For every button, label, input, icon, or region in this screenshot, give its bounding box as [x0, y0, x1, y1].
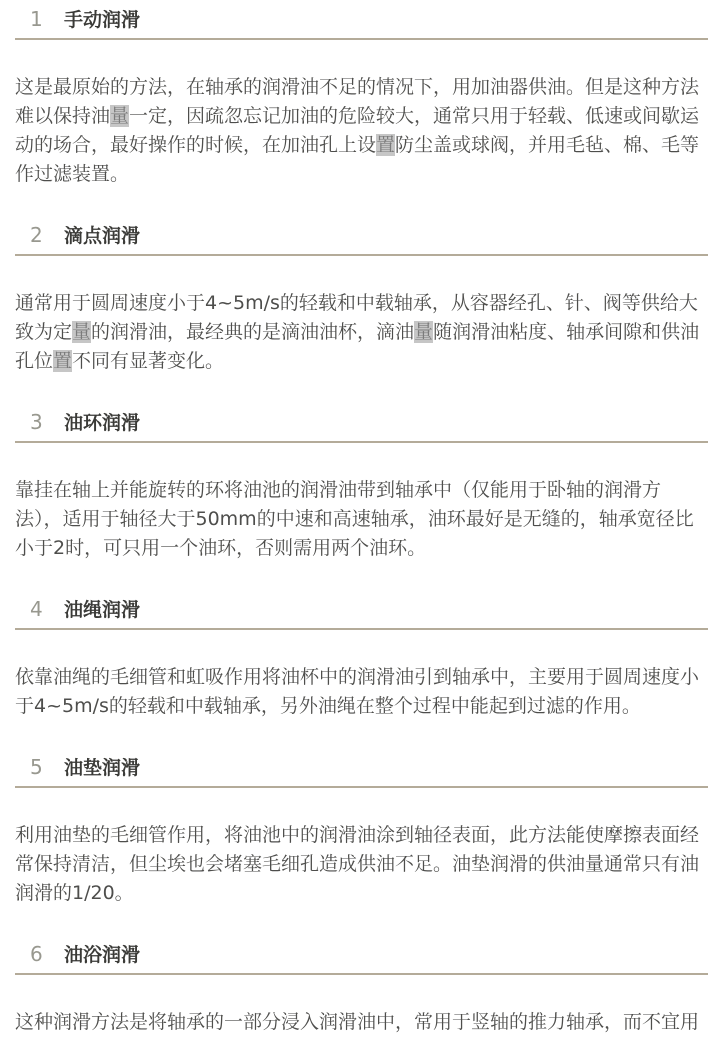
section-header: 5 油垫润滑	[15, 757, 708, 788]
section-oil-ring-lubrication: 3 油环润滑 靠挂在轴上并能旋转的环将油池的润滑油带到轴承中（仅能用于卧轴的润滑…	[15, 412, 708, 563]
section-number: 4	[30, 599, 44, 620]
section-paragraph: 靠挂在轴上并能旋转的环将油池的润滑油带到轴承中（仅能用于卧轴的润滑方法），适用于…	[15, 476, 708, 563]
section-number: 5	[30, 757, 44, 778]
section-number: 3	[30, 412, 44, 433]
section-title: 手动润滑	[64, 10, 140, 31]
highlighted-character: 量	[110, 105, 129, 127]
highlighted-character: 量	[72, 321, 91, 343]
article: 1 手动润滑 这是最原始的方法，在轴承的润滑油不足的情况下，用加油器供油。但是这…	[0, 0, 723, 1037]
section-oil-pad-lubrication: 5 油垫润滑 利用油垫的毛细管作用，将油池中的润滑油涂到轴径表面，此方法能使摩擦…	[15, 757, 708, 908]
paragraph-text: 这种润滑方法是将轴承的一部分浸入润滑油中，常用于竖轴的推力轴承，而不宜用	[15, 1011, 699, 1033]
section-title: 油浴润滑	[64, 945, 140, 966]
paragraph-text: 靠挂在轴上并能旋转的环将油池的润滑油带到轴承中（仅能用于卧轴的润滑方法），适用于…	[15, 479, 694, 559]
section-header: 1 手动润滑	[15, 9, 708, 40]
section-manual-lubrication: 1 手动润滑 这是最原始的方法，在轴承的润滑油不足的情况下，用加油器供油。但是这…	[15, 9, 708, 189]
section-paragraph: 这种润滑方法是将轴承的一部分浸入润滑油中，常用于竖轴的推力轴承，而不宜用	[15, 1008, 708, 1037]
section-paragraph: 利用油垫的毛细管作用，将油池中的润滑油涂到轴径表面，此方法能使摩擦表面经常保持清…	[15, 821, 708, 908]
section-oil-bath-lubrication: 6 油浴润滑 这种润滑方法是将轴承的一部分浸入润滑油中，常用于竖轴的推力轴承，而…	[15, 944, 708, 1037]
section-number: 6	[30, 944, 44, 965]
section-header: 3 油环润滑	[15, 412, 708, 443]
highlighted-character: 置	[53, 350, 72, 372]
section-title: 油环润滑	[64, 413, 140, 434]
paragraph-text: 不同有显著变化。	[72, 350, 224, 372]
section-paragraph: 通常用于圆周速度小于4~5m/s的轻载和中载轴承，从容器经孔、针、阀等供给大致为…	[15, 289, 708, 376]
section-paragraph: 依靠油绳的毛细管和虹吸作用将油杯中的润滑油引到轴承中，主要用于圆周速度小于4~5…	[15, 663, 708, 721]
section-title: 滴点润滑	[64, 226, 140, 247]
section-number: 2	[30, 225, 44, 246]
paragraph-text: 依靠油绳的毛细管和虹吸作用将油杯中的润滑油引到轴承中，主要用于圆周速度小于4~5…	[15, 666, 699, 717]
highlighted-character: 量	[414, 321, 433, 343]
paragraph-text: 的润滑油，最经典的是滴油油杯，滴油	[91, 321, 414, 343]
section-header: 4 油绳润滑	[15, 599, 708, 630]
section-header: 2 滴点润滑	[15, 225, 708, 256]
paragraph-text: 利用油垫的毛细管作用，将油池中的润滑油涂到轴径表面，此方法能使摩擦表面经常保持清…	[15, 824, 699, 904]
section-paragraph: 这是最原始的方法，在轴承的润滑油不足的情况下，用加油器供油。但是这种方法难以保持…	[15, 73, 708, 189]
section-title: 油绳润滑	[64, 600, 140, 621]
highlighted-character: 置	[376, 134, 395, 156]
section-header: 6 油浴润滑	[15, 944, 708, 975]
section-number: 1	[30, 9, 44, 30]
section-oil-rope-lubrication: 4 油绳润滑 依靠油绳的毛细管和虹吸作用将油杯中的润滑油引到轴承中，主要用于圆周…	[15, 599, 708, 721]
section-title: 油垫润滑	[64, 758, 140, 779]
section-drip-lubrication: 2 滴点润滑 通常用于圆周速度小于4~5m/s的轻载和中载轴承，从容器经孔、针、…	[15, 225, 708, 376]
